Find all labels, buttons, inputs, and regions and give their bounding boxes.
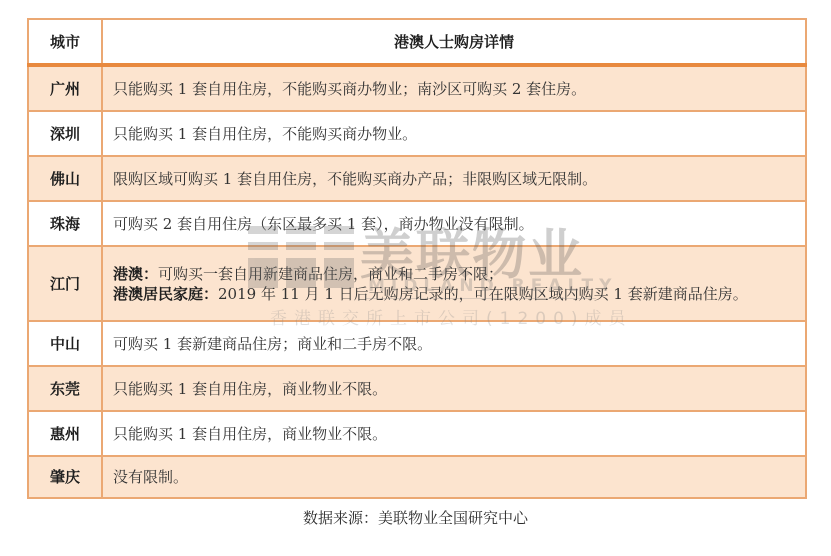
detail-cell: 可购买 2 套自用住房（东区最多买 1 套），商办物业没有限制。: [102, 201, 806, 246]
city-cell: 深圳: [28, 111, 102, 156]
detail-line: 港澳居民家庭：2019 年 11 月 1 日后无购房记录的，可在限购区域内购买 …: [113, 284, 795, 304]
detail-text: 只能购买 1 套自用住房，商业物业不限。: [113, 424, 795, 444]
detail-cell: 限购区域可购买 1 套自用住房，不能购买商办产品；非限购区域无限制。: [102, 156, 806, 201]
table-row: 肇庆 没有限制。: [28, 456, 806, 498]
city-cell: 江门: [28, 246, 102, 321]
data-source-caption: 数据来源：美联物业全国研究中心: [0, 507, 831, 528]
city-cell: 肇庆: [28, 456, 102, 498]
detail-cell: 只能购买 1 套自用住房，商业物业不限。: [102, 411, 806, 456]
detail-text: 只能购买 1 套自用住房，不能购买商办物业；南沙区可购买 2 套住房。: [113, 79, 795, 99]
table-header-row: 城市 港澳人士购房详情: [28, 19, 806, 65]
detail-cell: 只能购买 1 套自用住房，不能购买商办物业；南沙区可购买 2 套住房。: [102, 65, 806, 111]
city-cell: 东莞: [28, 366, 102, 411]
header-details: 港澳人士购房详情: [102, 19, 806, 65]
detail-text: 只能购买 1 套自用住房，商业物业不限。: [113, 379, 795, 399]
table-row: 东莞 只能购买 1 套自用住房，商业物业不限。: [28, 366, 806, 411]
table-row: 江门 港澳：可购买一套自用新建商品住房，商业和二手房不限； 港澳居民家庭：201…: [28, 246, 806, 321]
table-row: 广州 只能购买 1 套自用住房，不能购买商办物业；南沙区可购买 2 套住房。: [28, 65, 806, 111]
detail-text: 可购买 1 套新建商品住房；商业和二手房不限。: [113, 334, 795, 354]
detail-cell: 港澳：可购买一套自用新建商品住房，商业和二手房不限； 港澳居民家庭：2019 年…: [102, 246, 806, 321]
city-cell: 中山: [28, 321, 102, 366]
detail-cell: 只能购买 1 套自用住房，商业物业不限。: [102, 366, 806, 411]
detail-label: 港澳：: [113, 265, 158, 283]
table-row: 佛山 限购区域可购买 1 套自用住房，不能购买商办产品；非限购区域无限制。: [28, 156, 806, 201]
detail-label: 港澳居民家庭：: [113, 285, 218, 303]
city-cell: 佛山: [28, 156, 102, 201]
detail-text: 可购买一套自用新建商品住房，商业和二手房不限；: [158, 265, 503, 283]
detail-cell: 可购买 1 套新建商品住房；商业和二手房不限。: [102, 321, 806, 366]
detail-text: 限购区域可购买 1 套自用住房，不能购买商办产品；非限购区域无限制。: [113, 169, 795, 189]
header-city: 城市: [28, 19, 102, 65]
housing-policy-table-container: 城市 港澳人士购房详情 广州 只能购买 1 套自用住房，不能购买商办物业；南沙区…: [27, 18, 805, 499]
detail-text: 2019 年 11 月 1 日后无购房记录的，可在限购区域内购买 1 套新建商品…: [218, 285, 748, 303]
table-row: 惠州 只能购买 1 套自用住房，商业物业不限。: [28, 411, 806, 456]
city-cell: 广州: [28, 65, 102, 111]
housing-policy-table: 城市 港澳人士购房详情 广州 只能购买 1 套自用住房，不能购买商办物业；南沙区…: [27, 18, 807, 499]
detail-text: 只能购买 1 套自用住房，不能购买商办物业。: [113, 124, 795, 144]
city-cell: 惠州: [28, 411, 102, 456]
detail-text: 没有限制。: [113, 467, 795, 487]
table-row: 深圳 只能购买 1 套自用住房，不能购买商办物业。: [28, 111, 806, 156]
table-row: 珠海 可购买 2 套自用住房（东区最多买 1 套），商办物业没有限制。: [28, 201, 806, 246]
detail-text: 可购买 2 套自用住房（东区最多买 1 套），商办物业没有限制。: [113, 214, 795, 234]
detail-line: 港澳：可购买一套自用新建商品住房，商业和二手房不限；: [113, 264, 795, 284]
city-cell: 珠海: [28, 201, 102, 246]
table-row: 中山 可购买 1 套新建商品住房；商业和二手房不限。: [28, 321, 806, 366]
detail-cell: 没有限制。: [102, 456, 806, 498]
detail-cell: 只能购买 1 套自用住房，不能购买商办物业。: [102, 111, 806, 156]
